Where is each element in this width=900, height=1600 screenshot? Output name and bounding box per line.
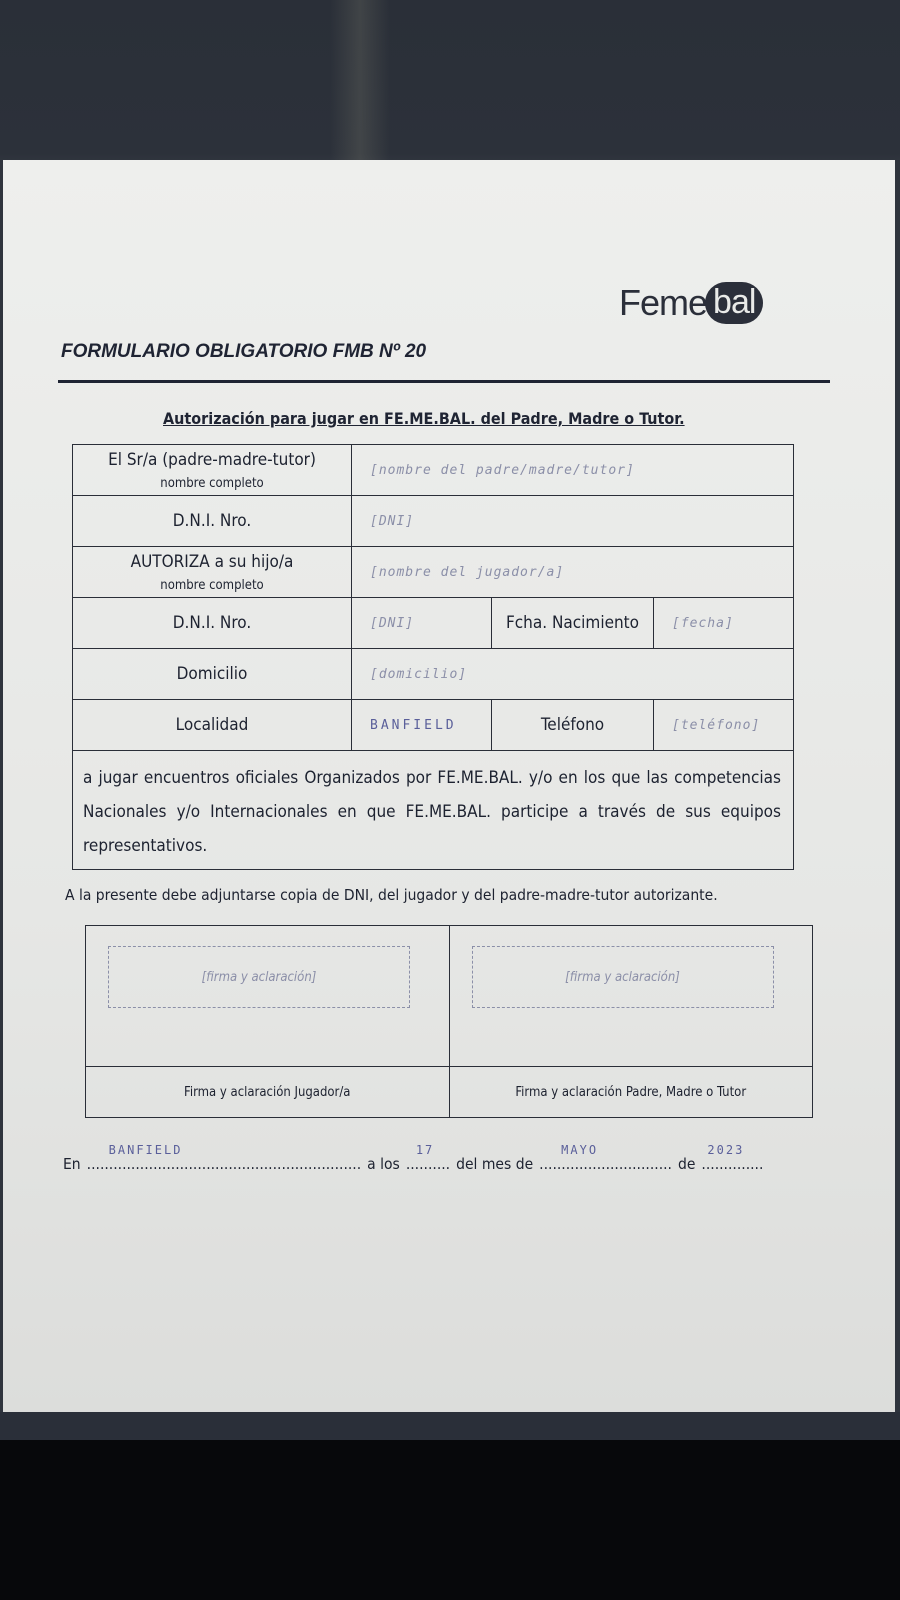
phone-field[interactable]: [teléfono] <box>653 700 793 750</box>
logo-pill: bal <box>705 282 763 324</box>
guardian-name-label: El Sr/a (padre-madre-tutor) <box>108 450 316 470</box>
city-label: Localidad <box>73 700 351 750</box>
dark-surface <box>0 1440 900 1600</box>
guardian-dni-label: D.N.I. Nro. <box>73 496 351 546</box>
place-field[interactable]: ........................................… <box>87 1155 362 1173</box>
minor-name-sublabel: nombre completo <box>160 578 263 593</box>
form-title: FORMULARIO OBLIGATORIO FMB Nº 20 <box>61 341 426 363</box>
guardian-name-sublabel: nombre completo <box>160 476 263 491</box>
signature-caption-row: Firma y aclaración Jugador/a Firma y acl… <box>86 1066 812 1117</box>
a-los-label: a los <box>367 1155 400 1173</box>
month-value: MAYO <box>561 1143 598 1157</box>
form-sheet: Femebal FORMULARIO OBLIGATORIO FMB Nº 20… <box>3 160 895 1413</box>
guardian-dni-row: D.N.I. Nro. [DNI] <box>73 495 793 546</box>
guardian-signature-cell[interactable]: [firma y aclaración] <box>449 926 813 1066</box>
guardian-name-row: El Sr/a (padre-madre-tutor) nombre compl… <box>73 445 793 495</box>
minor-name-row: AUTORIZA a su hijo/a nombre completo [no… <box>73 546 793 597</box>
signature-table: [firma y aclaración] [firma y aclaración… <box>85 925 813 1118</box>
city-phone-row: Localidad BANFIELD Teléfono [teléfono] <box>73 699 793 750</box>
guardian-name-field[interactable]: [nombre del padre/madre/tutor] <box>351 445 793 495</box>
signature-row: [firma y aclaración] [firma y aclaración… <box>86 926 812 1066</box>
en-label: En <box>63 1155 81 1173</box>
mes-label: del mes de <box>456 1155 533 1173</box>
address-field[interactable]: [domicilio] <box>351 649 793 699</box>
guardian-signature-caption: Firma y aclaración Padre, Madre o Tutor <box>449 1067 813 1117</box>
guardian-signature-placeholder: [firma y aclaración] <box>472 946 774 1008</box>
birthdate-field[interactable]: [fecha] <box>653 598 793 648</box>
minor-name-field[interactable]: [nombre del jugador/a] <box>351 547 793 597</box>
form-subtitle: Autorización para jugar en FE.ME.BAL. de… <box>163 409 685 428</box>
attachment-note: A la presente debe adjuntarse copia de D… <box>65 886 718 904</box>
de-label: de <box>678 1155 695 1173</box>
city-field[interactable]: BANFIELD <box>351 700 491 750</box>
player-signature-caption: Firma y aclaración Jugador/a <box>86 1067 449 1117</box>
guardian-dni-field[interactable]: [DNI] <box>351 496 793 546</box>
minor-dni-field[interactable]: [DNI] <box>351 598 491 648</box>
birthdate-label: Fcha. Nacimiento <box>491 598 653 648</box>
phone-label: Teléfono <box>491 700 653 750</box>
minor-name-label: AUTORIZA a su hijo/a <box>131 552 294 572</box>
year-field[interactable]: ..............2023 <box>701 1155 763 1173</box>
day-value: 17 <box>416 1143 434 1157</box>
logo-text: Feme <box>619 282 707 324</box>
minor-dni-label: D.N.I. Nro. <box>73 598 351 648</box>
place-value: BANFIELD <box>109 1143 183 1157</box>
background-light-streak <box>330 0 390 160</box>
day-field[interactable]: ..........17 <box>406 1155 450 1173</box>
address-label: Domicilio <box>73 649 351 699</box>
authorization-text: a jugar encuentros oficiales Organizados… <box>73 750 793 869</box>
player-signature-cell[interactable]: [firma y aclaración] <box>86 926 449 1066</box>
minor-dni-row: D.N.I. Nro. [DNI] Fcha. Nacimiento [fech… <box>73 597 793 648</box>
date-place-line: En .....................................… <box>63 1155 763 1173</box>
address-row: Domicilio [domicilio] <box>73 648 793 699</box>
guardian-name-label-cell: El Sr/a (padre-madre-tutor) nombre compl… <box>73 445 351 495</box>
player-signature-placeholder: [firma y aclaración] <box>108 946 410 1008</box>
authorization-table: El Sr/a (padre-madre-tutor) nombre compl… <box>72 444 794 870</box>
minor-name-label-cell: AUTORIZA a su hijo/a nombre completo <box>73 547 351 597</box>
year-value: 2023 <box>707 1143 744 1157</box>
month-field[interactable]: ..............................MAYO <box>539 1155 672 1173</box>
title-divider <box>58 380 830 383</box>
femebal-logo: Femebal <box>619 281 763 325</box>
